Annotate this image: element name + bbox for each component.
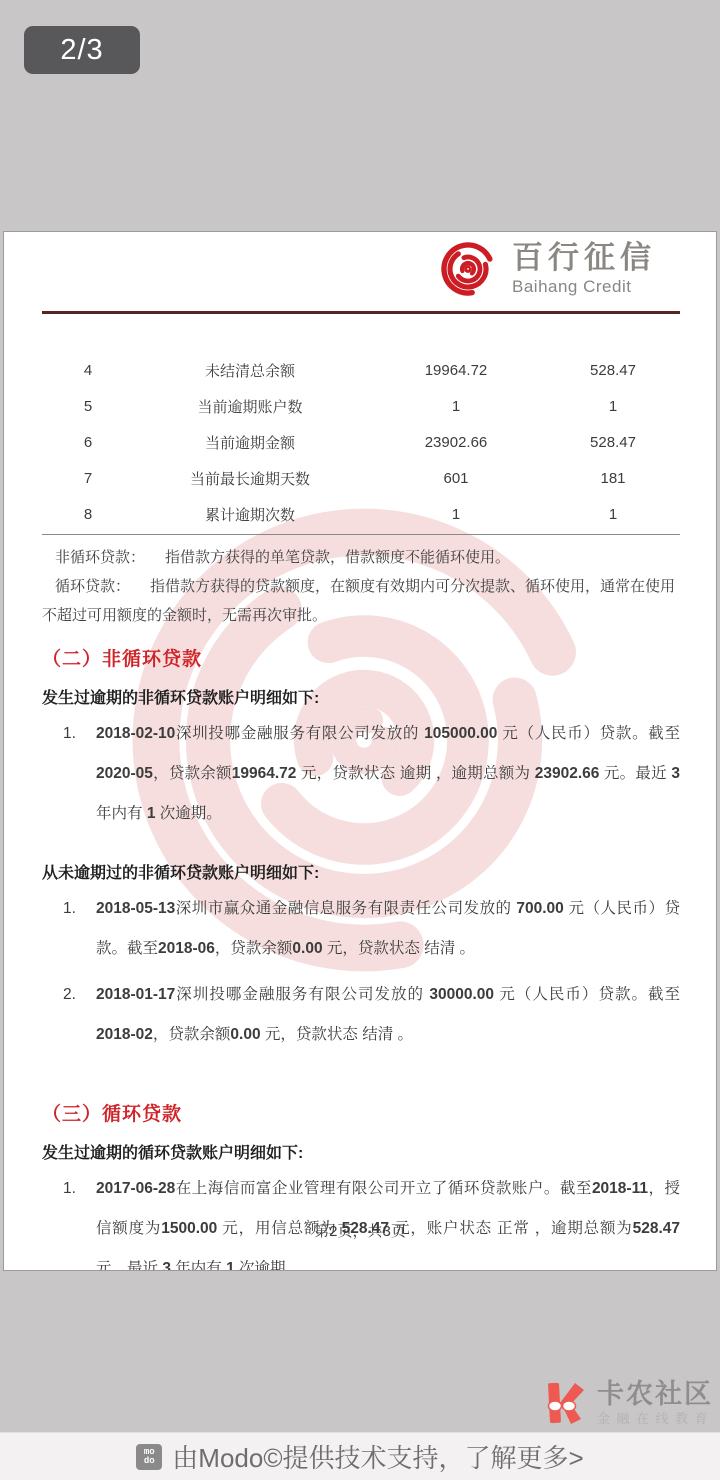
cell-index: 7 — [42, 470, 134, 487]
baihang-spiral-icon — [438, 239, 498, 299]
kanong-tagline: 金融在线教育 — [597, 1412, 714, 1425]
cell-value1: 1 — [366, 398, 546, 415]
cell-label: 当前逾期账户数 — [134, 396, 366, 417]
loan-item: 1. 2018-05-13深圳市赢众通金融信息服务有限责任公司发放的 700.0… — [42, 889, 680, 969]
note-term: 非循环贷款： — [42, 549, 165, 566]
cell-label: 未结清总余额 — [134, 360, 366, 381]
overdue-detail-label: 发生过逾期的非循环贷款账户明细如下: — [42, 685, 680, 708]
cell-value2: 528.47 — [546, 434, 680, 451]
loan-item-text: 2018-02-10深圳投哪金融服务有限公司发放的 105000.00 元（人民… — [96, 714, 680, 834]
modo-icon-text-bottom: do — [144, 1457, 155, 1466]
note-term: 循环贷款： — [42, 578, 150, 595]
modo-icon: mo do — [136, 1444, 162, 1470]
term-notes: 非循环贷款：指借款方获得的单笔贷款，借款额度不能循环使用。 循环贷款：指借款方获… — [42, 543, 680, 630]
table-row: 6 当前逾期金额 23902.66 528.47 — [42, 424, 680, 460]
loan-item: 1. 2018-02-10深圳投哪金融服务有限公司发放的 105000.00 元… — [42, 714, 680, 834]
cell-value1: 19964.72 — [366, 362, 546, 379]
page-indicator-badge: 2/3 — [24, 26, 140, 74]
baihang-logo: 百行征信 Baihang Credit — [42, 239, 680, 299]
cell-value1: 23902.66 — [366, 434, 546, 451]
cell-value2: 528.47 — [546, 362, 680, 379]
modo-support-link[interactable]: 由Modo©提供技术支持，了解更多> — [172, 1438, 583, 1475]
page-indicator-text: 2/3 — [60, 34, 103, 67]
loan-item-number: 1. — [42, 714, 96, 834]
note-non-revolving: 非循环贷款：指借款方获得的单笔贷款，借款额度不能循环使用。 — [42, 543, 680, 572]
loan-item-number: 2. — [42, 975, 96, 1055]
kanong-k-icon — [543, 1381, 589, 1425]
logo-subtitle: Baihang Credit — [512, 278, 656, 296]
kanong-logo: 卡农社区 金融在线教育 — [543, 1381, 714, 1425]
cell-value2: 181 — [546, 470, 680, 487]
clean-detail-label: 从未逾期过的非循环贷款账户明细如下: — [42, 860, 680, 883]
loan-item-number: 1. — [42, 889, 96, 969]
cell-label: 当前逾期金额 — [134, 432, 366, 453]
note-revolving: 循环贷款：指借款方获得的贷款额度，在额度有效期内可分次提款、循环使用，通常在使用… — [42, 572, 680, 630]
cell-index: 8 — [42, 506, 134, 523]
section-heading-non-revolving: （二）非循环贷款 — [42, 644, 680, 671]
table-row: 4 未结清总余额 19964.72 528.47 — [42, 352, 680, 388]
credit-report-page: 百行征信 Baihang Credit 4 未结清总余额 19964.72 52… — [3, 231, 717, 1271]
cell-value1: 601 — [366, 470, 546, 487]
phone-screenshot: 2/3 — [0, 0, 720, 1480]
cell-label: 累计逾期次数 — [134, 504, 366, 525]
cell-index: 5 — [42, 398, 134, 415]
note-definition: 指借款方获得的单笔贷款，借款额度不能循环使用。 — [165, 549, 510, 566]
loan-item-text: 2018-05-13深圳市赢众通金融信息服务有限责任公司发放的 700.00 元… — [96, 889, 680, 969]
overdue-loan-list: 1. 2018-02-10深圳投哪金融服务有限公司发放的 105000.00 元… — [42, 714, 680, 834]
summary-table: 4 未结清总余额 19964.72 528.47 5 当前逾期账户数 1 1 6… — [42, 352, 680, 535]
page-number: 第2页，共3页 — [4, 1220, 716, 1241]
logo-title: 百行征信 — [512, 242, 656, 275]
kanong-name: 卡农社区 — [597, 1381, 714, 1408]
table-row: 7 当前最长逾期天数 601 181 — [42, 460, 680, 496]
section-heading-revolving: （三）循环贷款 — [42, 1099, 680, 1126]
cell-value1: 1 — [366, 506, 546, 523]
table-row: 5 当前逾期账户数 1 1 — [42, 388, 680, 424]
header-rule — [42, 311, 680, 314]
cell-index: 6 — [42, 434, 134, 451]
overdue-detail-label: 发生过逾期的循环贷款账户明细如下: — [42, 1140, 680, 1163]
loan-item-text: 2018-01-17深圳投哪金融服务有限公司发放的 30000.00 元（人民币… — [96, 975, 680, 1055]
cell-value2: 1 — [546, 506, 680, 523]
clean-loan-list: 1. 2018-05-13深圳市赢众通金融信息服务有限责任公司发放的 700.0… — [42, 889, 680, 1055]
loan-item: 2. 2018-01-17深圳投哪金融服务有限公司发放的 30000.00 元（… — [42, 975, 680, 1055]
bottom-bar: mo do 由Modo©提供技术支持，了解更多> — [0, 1432, 720, 1480]
table-row: 8 累计逾期次数 1 1 — [42, 496, 680, 532]
cell-label: 当前最长逾期天数 — [134, 468, 366, 489]
cell-index: 4 — [42, 362, 134, 379]
cell-value2: 1 — [546, 398, 680, 415]
